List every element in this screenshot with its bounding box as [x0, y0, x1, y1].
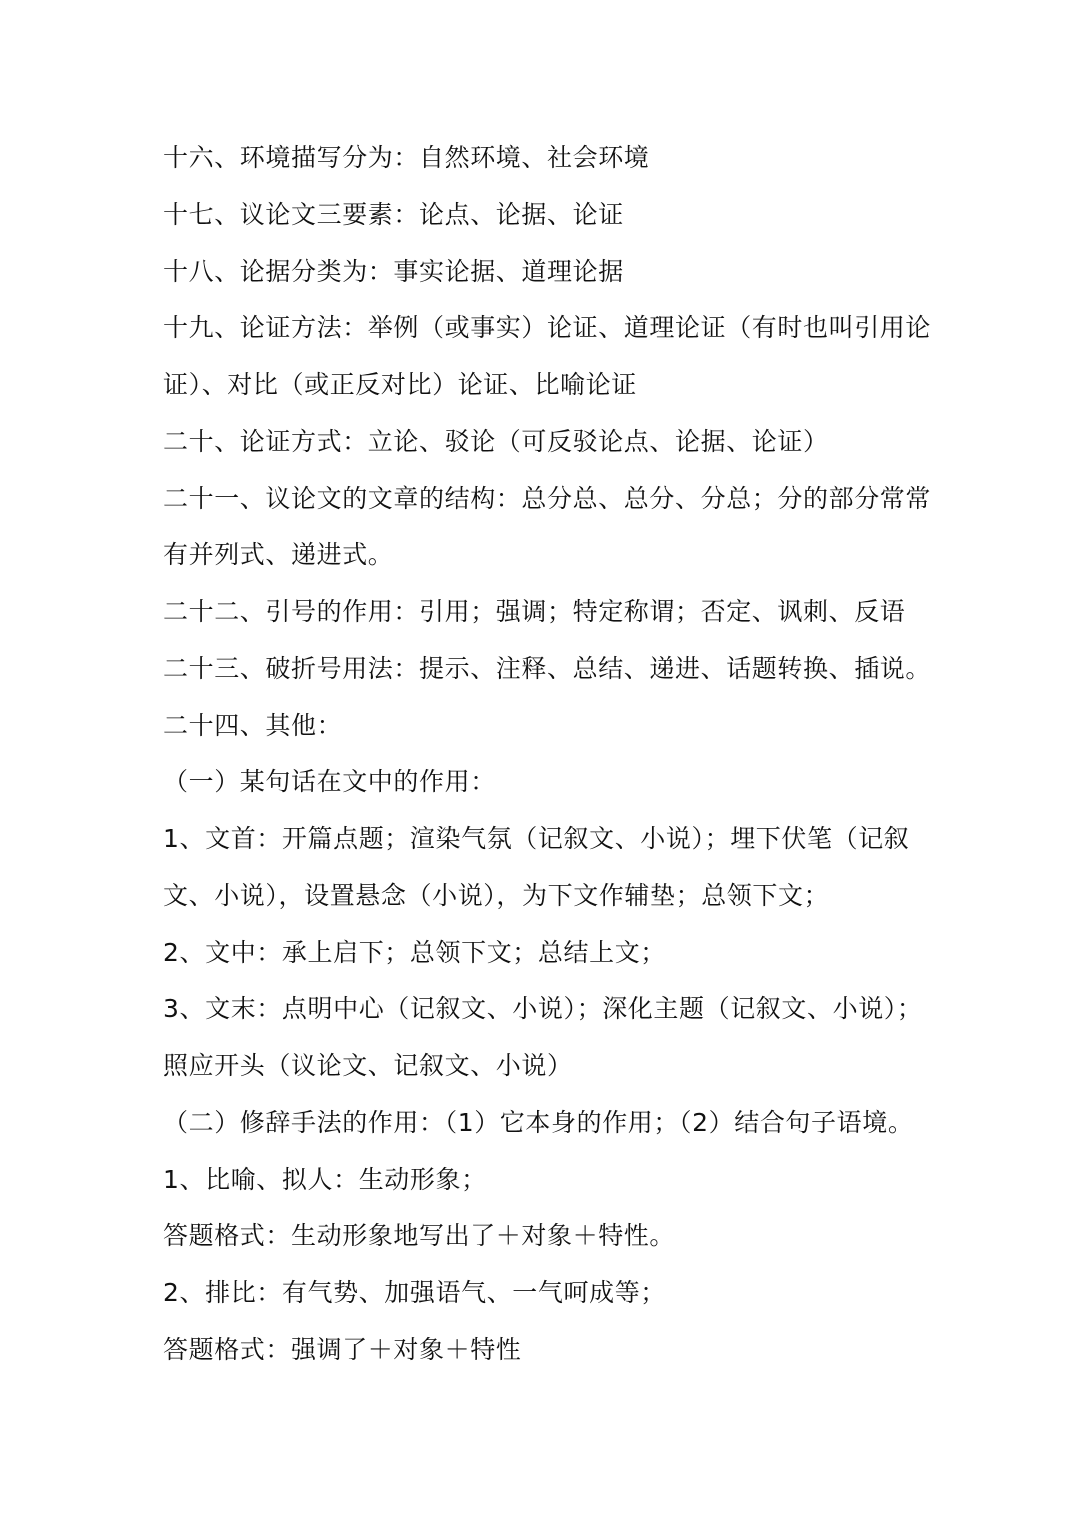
item-21-essay-structure: 二十一、议论文的文章的结构：总分总、总分、分总；分的部分常常 — [163, 471, 923, 528]
document-page: 十六、环境描写分为：自然环境、社会环境 十七、议论文三要素：论点、论据、论证 十… — [0, 0, 1080, 1528]
sentence-function-beginning: 1、文首：开篇点题；渲染气氛（记叙文、小说）；埋下伏笔（记叙 — [163, 811, 923, 868]
item-17-argument-elements: 十七、议论文三要素：论点、论据、论证 — [163, 187, 923, 244]
sentence-function-end: 3、文末：点明中心（记叙文、小说）；深化主题（记叙文、小说）； — [163, 981, 923, 1038]
item-22-quotation-marks: 二十二、引号的作用：引用；强调；特定称谓；否定、讽刺、反语 — [163, 584, 923, 641]
item-16-environment-description: 十六、环境描写分为：自然环境、社会环境 — [163, 130, 923, 187]
item-19-argument-methods-cont: 证）、对比（或正反对比）论证、比喻论证 — [163, 357, 923, 414]
sentence-function-middle: 2、文中：承上启下；总领下文；总结上文； — [163, 925, 923, 982]
item-21-essay-structure-cont: 有并列式、递进式。 — [163, 527, 923, 584]
subsection-1-sentence-function: （一）某句话在文中的作用： — [163, 754, 923, 811]
item-19-argument-methods: 十九、论证方法：举例（或事实）论证、道理论证（有时也叫引用论 — [163, 300, 923, 357]
answer-format-metaphor: 答题格式：生动形象地写出了＋对象＋特性。 — [163, 1208, 923, 1265]
sentence-function-end-cont: 照应开头（议论文、记叙文、小说） — [163, 1038, 923, 1095]
rhetoric-parallelism: 2、排比：有气势、加强语气、一气呵成等； — [163, 1265, 923, 1322]
item-20-argument-modes: 二十、论证方式：立论、驳论（可反驳论点、论据、论证） — [163, 414, 923, 471]
item-23-dash-usage: 二十三、破折号用法：提示、注释、总结、递进、话题转换、插说。 — [163, 641, 923, 698]
item-24-other-heading: 二十四、其他： — [163, 698, 923, 755]
sentence-function-beginning-cont: 文、小说），设置悬念（小说），为下文作辅垫；总领下文； — [163, 868, 923, 925]
document-body: 十六、环境描写分为：自然环境、社会环境 十七、议论文三要素：论点、论据、论证 十… — [163, 130, 923, 1379]
answer-format-parallelism: 答题格式：强调了＋对象＋特性 — [163, 1322, 923, 1379]
item-18-evidence-types: 十八、论据分类为：事实论据、道理论据 — [163, 244, 923, 301]
rhetoric-metaphor-personification: 1、比喻、拟人：生动形象； — [163, 1152, 923, 1209]
subsection-2-rhetoric-function: （二）修辞手法的作用：（1）它本身的作用；（2）结合句子语境。 — [163, 1095, 923, 1152]
